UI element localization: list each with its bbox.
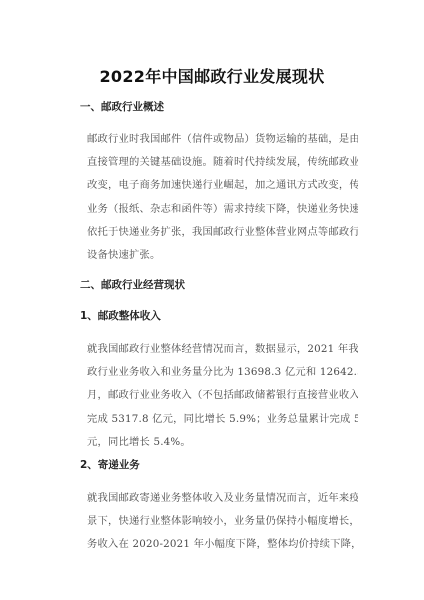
text-line: 完成 5317.8 亿元，同比增长 5.9%；业务总量累计完成 5513.0 亿 [66, 408, 358, 431]
text-line: 业务（报纸、杂志和函件等）需求持续下降，快递业务快速扩张， [66, 198, 358, 221]
text-line: 就我国邮政行业整体经营情况而言，数据显示，2021 年我国邮 [66, 338, 358, 361]
subsection-heading-revenue: 1、邮政整体收入 [80, 308, 161, 323]
text-line: 改变，电子商务加速快递行业崛起，加之通讯方式改变，传统寄递 [66, 174, 358, 197]
text-line: 依托于快递业务扩张，我国邮政行业整体营业网点等邮政行业基础 [66, 221, 358, 244]
paragraph-revenue: 就我国邮政行业整体经营情况而言，数据显示，2021 年我国邮 政行业业务收入和业… [66, 338, 358, 454]
paragraph-delivery: 就我国邮政寄递业务整体收入及业务量情况而言，近年来疫情背 景下，快递行业整体影响… [66, 487, 358, 557]
text-line: 设备快速扩张。 [66, 244, 358, 267]
text-line: 直接管理的关键基础设施。随着时代持续发展，传统邮政业务发生 [66, 151, 358, 174]
text-line: 政行业业务收入和业务量分比为 13698.3 亿元和 12642.3 亿件，1-… [66, 361, 358, 384]
text-line: 景下，快递行业整体影响较小，业务量仍保持小幅度增长，寄递业 [66, 510, 358, 533]
text-line: 月，邮政行业业务收入（不包括邮政储蓄银行直接营业收入）累计 [66, 384, 358, 407]
text-line: 元，同比增长 5.4%。 [66, 431, 358, 454]
document-page: 2022年中国邮政行业发展现状 一、邮政行业概述 邮政行业时我国邮件（信件或物品… [0, 0, 424, 600]
text-line: 务收入在 2020-2021 年小幅度下降，整体均价持续下降，最新数据 [66, 533, 358, 556]
section-heading-overview: 一、邮政行业概述 [80, 99, 164, 114]
text-line: 邮政行业时我国邮件（信件或物品）货物运输的基础，是由国家 [66, 128, 358, 151]
paragraph-overview: 邮政行业时我国邮件（信件或物品）货物运输的基础，是由国家 直接管理的关键基础设施… [66, 128, 358, 267]
text-line: 就我国邮政寄递业务整体收入及业务量情况而言，近年来疫情背 [66, 487, 358, 510]
section-heading-operations: 二、邮政行业经营现状 [80, 277, 185, 292]
subsection-heading-delivery: 2、寄递业务 [80, 457, 140, 472]
document-title: 2022年中国邮政行业发展现状 [0, 64, 424, 87]
